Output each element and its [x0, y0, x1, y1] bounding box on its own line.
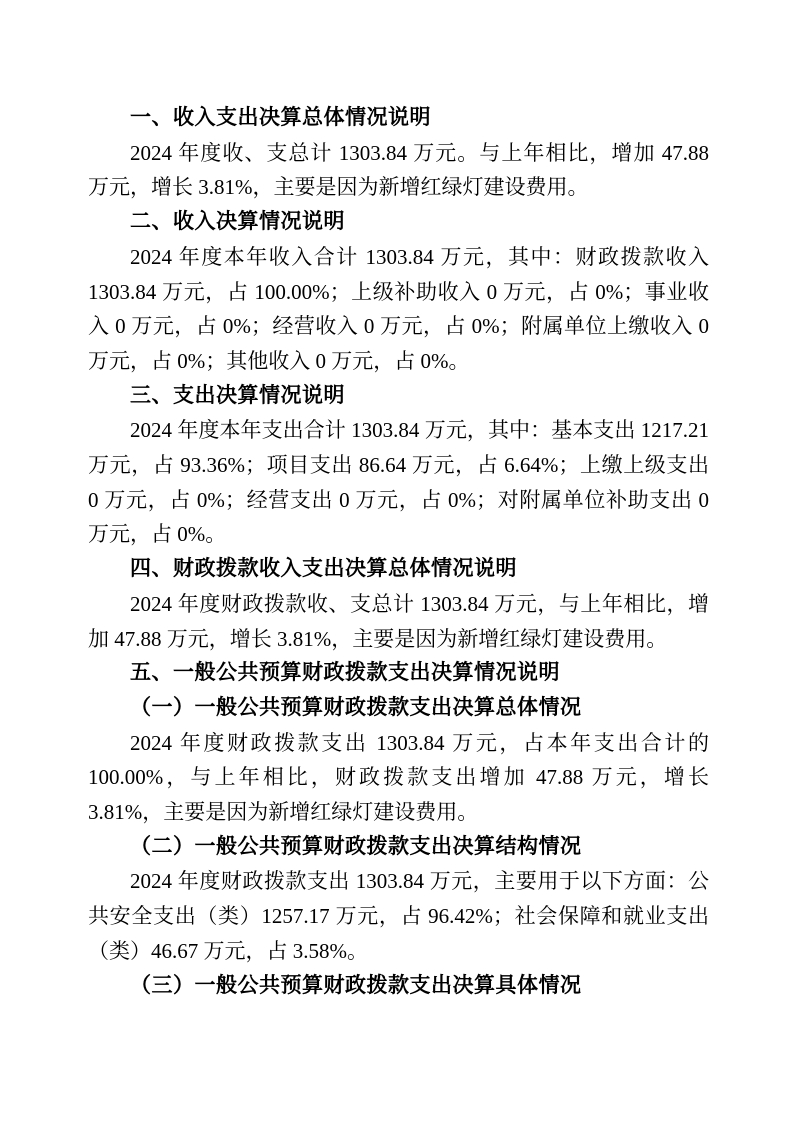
section-heading-general-public-budget: 五、一般公共预算财政拨款支出决算情况说明	[88, 656, 709, 691]
section-heading-fiscal-appropriation-overview: 四、财政拨款收入支出决算总体情况说明	[88, 552, 709, 587]
section-heading-income-accounts: 二、收入决算情况说明	[88, 205, 709, 240]
paragraph-income-accounts: 2024 年度本年收入合计 1303.84 万元，其中：财政拨款收入 1303.…	[88, 240, 709, 379]
section-heading-income-expense-overview: 一、收入支出决算总体情况说明	[88, 101, 709, 136]
document-page: 一、收入支出决算总体情况说明 2024 年度收、支总计 1303.84 万元。与…	[0, 0, 793, 1122]
paragraph-budget-expense-structure: 2024 年度财政拨款支出 1303.84 万元，主要用于以下方面：公共安全支出…	[88, 864, 709, 968]
section-heading-expense-accounts: 三、支出决算情况说明	[88, 379, 709, 414]
paragraph-fiscal-appropriation-overview: 2024 年度财政拨款收、支总计 1303.84 万元，与上年相比，增加 47.…	[88, 587, 709, 656]
paragraph-expense-accounts: 2024 年度本年支出合计 1303.84 万元，其中：基本支出 1217.21…	[88, 413, 709, 552]
paragraph-budget-expense-overall: 2024 年度财政拨款支出 1303.84 万元，占本年支出合计的 100.00…	[88, 726, 709, 830]
subsection-heading-budget-expense-overall: （一）一般公共预算财政拨款支出决算总体情况	[88, 691, 709, 726]
subsection-heading-budget-expense-detail: （三）一般公共预算财政拨款支出决算具体情况	[88, 969, 709, 1004]
paragraph-income-expense-overview: 2024 年度收、支总计 1303.84 万元。与上年相比，增加 47.88 万…	[88, 136, 709, 205]
document-content: 一、收入支出决算总体情况说明 2024 年度收、支总计 1303.84 万元。与…	[88, 101, 709, 1003]
subsection-heading-budget-expense-structure: （二）一般公共预算财政拨款支出决算结构情况	[88, 830, 709, 865]
